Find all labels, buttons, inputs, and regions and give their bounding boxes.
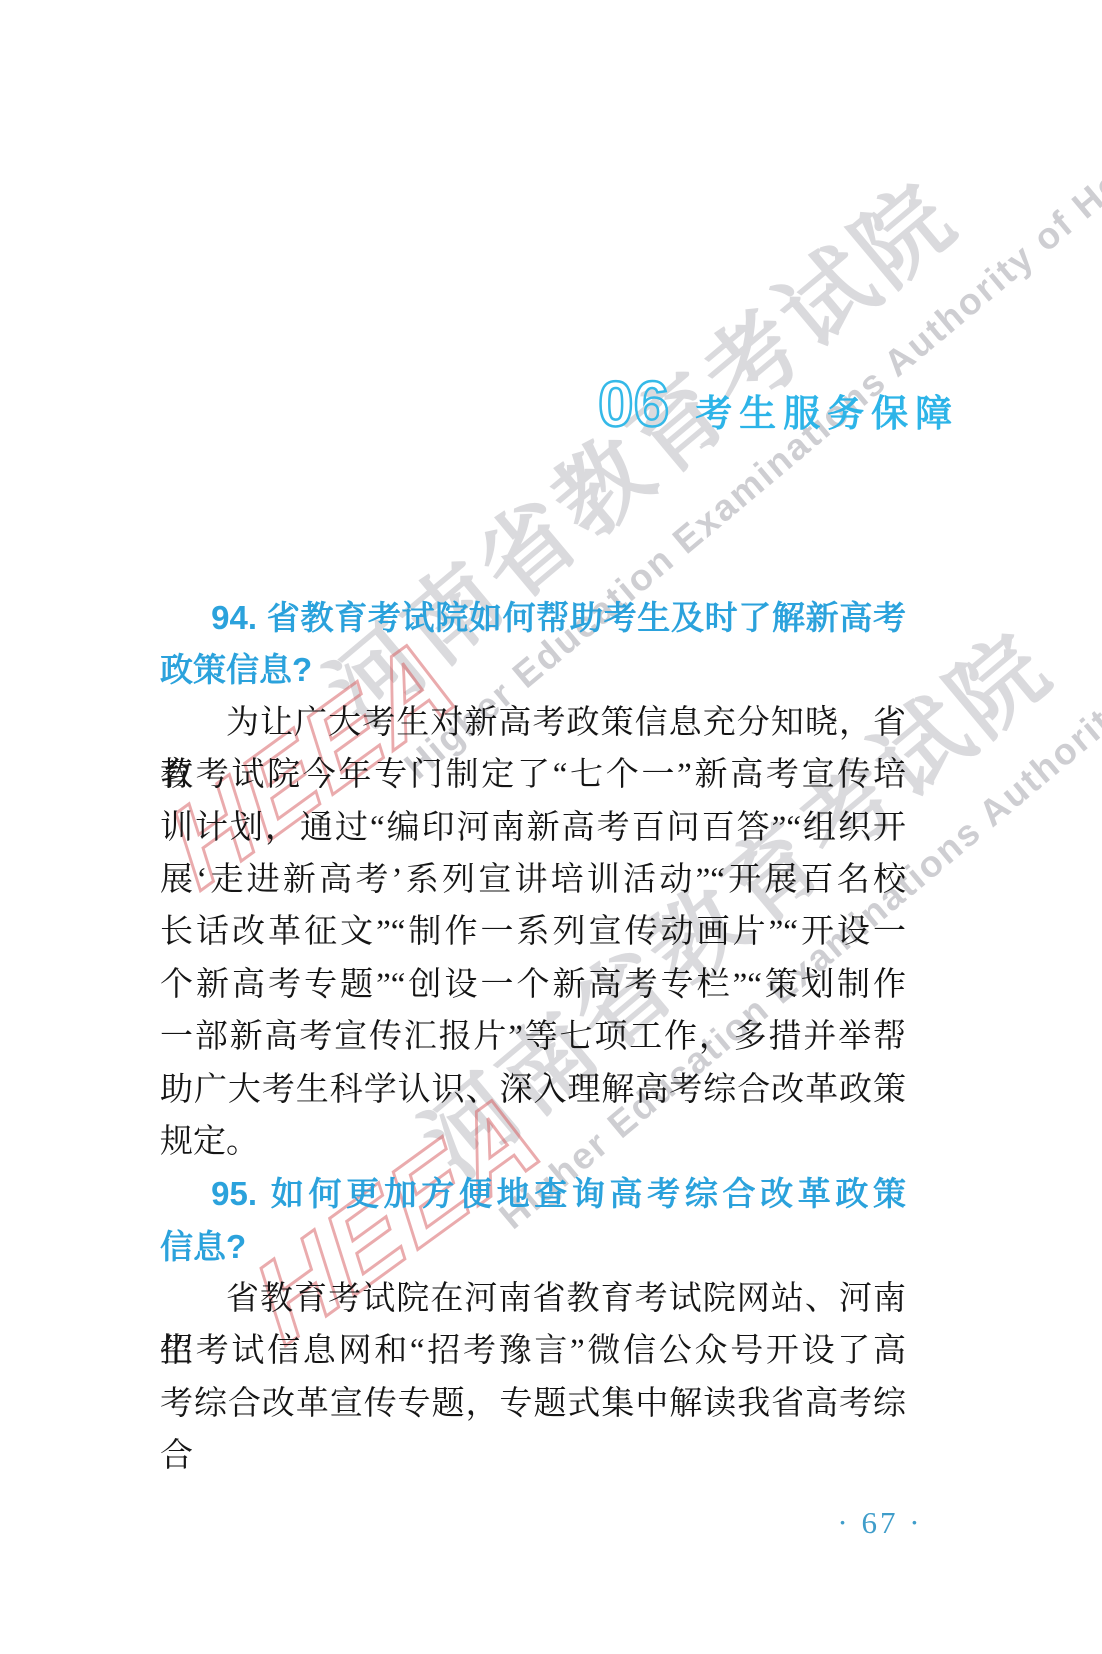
- text-line: 94. 省教育考试院如何帮助考生及时了解新高考: [160, 592, 906, 644]
- text-line: 信息?: [160, 1221, 906, 1273]
- question-94-heading: 94. 省教育考试院如何帮助考生及时了解新高考政策信息?: [160, 592, 906, 697]
- question-94-answer: 为让广大考生对新高考政策信息充分知晓，省教育考试院今年专门制定了“七个一”新高考…: [160, 697, 906, 1169]
- text-line: 为让广大考生对新高考政策信息充分知晓，省教: [160, 697, 906, 749]
- text-line: 长话改革征文”“制作一系列宣传动画片”“开设一: [160, 906, 906, 958]
- text-line: 省教育考试院在河南省教育考试院网站、河南招: [160, 1273, 906, 1325]
- text-line: 95. 如何更加方便地查询高考综合改革政策: [160, 1168, 906, 1220]
- page-number: · 67 ·: [800, 1505, 960, 1541]
- question-95-heading: 95. 如何更加方便地查询高考综合改革政策信息?: [160, 1168, 906, 1273]
- chapter-header: 06 考生服务保障: [598, 372, 959, 436]
- question-95-answer: 省教育考试院在河南省教育考试院网站、河南招生考试信息网和“招考豫言”微信公众号开…: [160, 1273, 906, 1430]
- question-95-section: 95. 如何更加方便地查询高考综合改革政策信息? 省教育考试院在河南省教育考试院…: [160, 1168, 906, 1430]
- text-line: 训计划，通过“编印河南新高考百问百答”“组织开: [160, 802, 906, 854]
- chapter-number: 06: [598, 372, 669, 436]
- question-94-section: 94. 省教育考试院如何帮助考生及时了解新高考政策信息? 为让广大考生对新高考政…: [160, 592, 906, 1168]
- text-line: 考综合改革宣传专题，专题式集中解读我省高考综合: [160, 1378, 906, 1430]
- chapter-title: 考生服务保障: [695, 395, 959, 436]
- document-page: 河南省教育考试院 Higher Education Examinations A…: [0, 0, 1102, 1654]
- page-content: 94. 省教育考试院如何帮助考生及时了解新高考政策信息? 为让广大考生对新高考政…: [160, 592, 906, 1430]
- text-line: 一部新高考宣传汇报片”等七项工作，多措并举帮: [160, 1011, 906, 1063]
- text-line: 展‘走进新高考’系列宣讲培训活动”“开展百名校: [160, 854, 906, 906]
- text-line: 生考试信息网和“招考豫言”微信公众号开设了高: [160, 1325, 906, 1377]
- text-line: 助广大考生科学认识、深入理解高考综合改革政策: [160, 1064, 906, 1116]
- text-line: 政策信息?: [160, 644, 906, 696]
- text-line: 规定。: [160, 1116, 906, 1168]
- text-line: 育考试院今年专门制定了“七个一”新高考宣传培: [160, 749, 906, 801]
- text-line: 个新高考专题”“创设一个新高考专栏”“策划制作: [160, 959, 906, 1011]
